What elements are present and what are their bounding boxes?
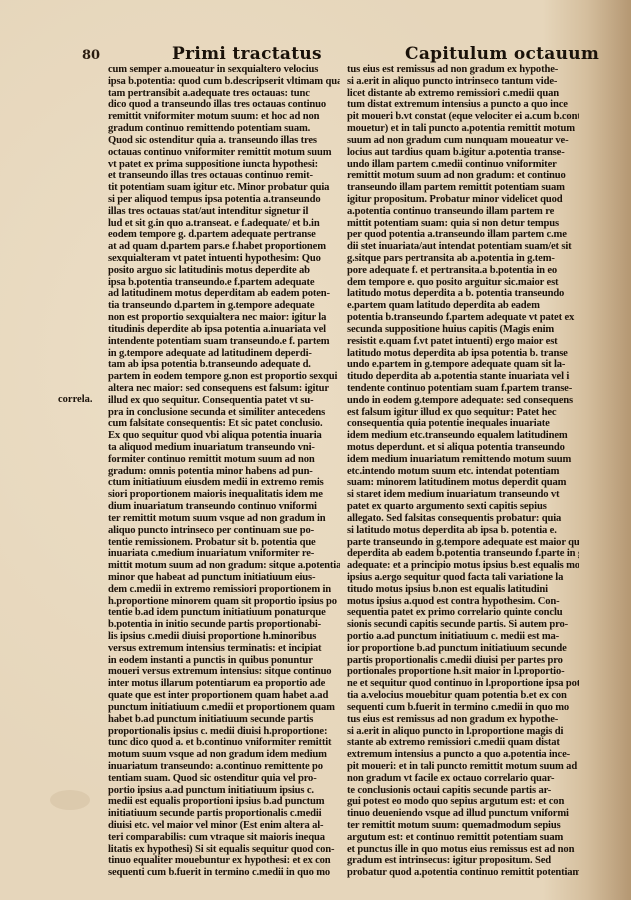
text-line: ctum initiatiuum eiusdem medii in extrem…: [108, 477, 340, 489]
text-line: ipsius a.ergo sequitur quod facta tali v…: [347, 572, 579, 584]
text-line: consequentia quia potentie inequales inu…: [347, 418, 579, 430]
text-line: partem in eodem tempore g.non est propor…: [108, 371, 340, 383]
text-line: siori proportionem maioris inequalitatis…: [108, 489, 340, 501]
text-line: non est proportio sexquialtera nec maior…: [108, 312, 340, 324]
text-line: teri comparabilis: cum vtraque sit maior…: [108, 832, 340, 844]
text-line: inuariatum transeundo: a.continuo remitt…: [108, 761, 340, 773]
text-line: dem tempore e. quo posito arguitur sic.m…: [347, 277, 579, 289]
text-line: latitudo motus deperdita ab ipsa potenti…: [347, 348, 579, 360]
text-line: vt patet ex prima suppositione iuncta hy…: [108, 159, 340, 171]
text-line: proportionalis ipsius c. medii diuisi h.…: [108, 726, 340, 738]
text-line: gradum: omnis potentia minor habens ad p…: [108, 466, 340, 478]
text-line: motus deperdunt. et si aliqua potentia t…: [347, 442, 579, 454]
text-line: gui potest eo modo quo sepius argutum es…: [347, 796, 579, 808]
text-line: pra in conclusione secunda et similiter …: [108, 407, 340, 419]
text-line: pit moueri: et in tali puncto remittit m…: [347, 761, 579, 773]
text-line: dico quod a transeundo illas tres octaua…: [108, 99, 340, 111]
text-line: ipsa b.potentia: quod cum b.descripserit…: [108, 76, 340, 88]
text-line: non gradum vt facile ex octauo correlari…: [347, 773, 579, 785]
text-line: titudo deperdita ab a.potentia stante in…: [347, 371, 579, 383]
text-line: Quod sic ostenditur quia a. transeundo i…: [108, 135, 340, 147]
text-line: suam: minorem latitudinem motus deperdit…: [347, 477, 579, 489]
text-line: adequate: et a principio motus ipsius b.…: [347, 560, 579, 572]
text-line: ta aliquod medium inuariatum transeundo …: [108, 442, 340, 454]
text-line: est falsum igitur illud ex quo sequitur:…: [347, 407, 579, 419]
text-line: moueri versus extremum intensius: sitque…: [108, 666, 340, 678]
text-line: tentiam suam. Quod sic ostenditur quia v…: [108, 773, 340, 785]
text-line: argutum est: et continuo remittit potent…: [347, 832, 579, 844]
text-line: g.sitque pars pertransita ab a.potentia …: [347, 253, 579, 265]
text-line: per quod potentia a.transeundo illam par…: [347, 229, 579, 241]
text-line: ne et sequitur quod continuo in l.propor…: [347, 678, 579, 690]
text-line: tit potentiam suam igitur etc. Minor pro…: [108, 182, 340, 194]
text-line: gradum continuo remittendo potentiam sua…: [108, 123, 340, 135]
text-line: tunc dico quod a. et b.continuo vniformi…: [108, 737, 340, 749]
page-number: 80: [82, 48, 100, 63]
text-line: tum distat extremum intensius a puncto a…: [347, 99, 579, 111]
text-line: potentia b.transeundo f.partem adequate …: [347, 312, 579, 324]
text-line: si a.erit in aliquo puncto in l.proporti…: [347, 726, 579, 738]
text-line: tam ab ipsa potentia b.transeundo adequa…: [108, 359, 340, 371]
text-line: motus ipsius a.quod est contra hypothesi…: [347, 596, 579, 608]
text-line: illas tres octauas stat/aut intenditur s…: [108, 206, 340, 218]
text-line: remittit motum suum ad non gradum: et co…: [347, 170, 579, 182]
text-line: suum ad non gradum cum nunquam moueatur …: [347, 135, 579, 147]
text-line: minor que habeat ad punctum initiatiuum …: [108, 572, 340, 584]
text-line: pit moueri b.vt constat (eque velociter …: [347, 111, 579, 123]
text-line: et punctus ille in quo motus eius remiss…: [347, 844, 579, 856]
text-line: in eodem instanti a punctis in quibus po…: [108, 655, 340, 667]
text-line: medii est equalis proportioni ipsius b.a…: [108, 796, 340, 808]
text-line: ipsa b.potentia transeundo.e f.partem ad…: [108, 277, 340, 289]
text-line: idem medium etc.transeundo equalem latit…: [347, 430, 579, 442]
text-line: si a.erit in aliquo puncto intrinseco ta…: [347, 76, 579, 88]
text-line: eodem tempore g. d.partem adequate pertr…: [108, 229, 340, 241]
text-line: tus eius est remissus ad non gradum ex h…: [347, 714, 579, 726]
text-line: cum falsitate consequentis: Et sic patet…: [108, 418, 340, 430]
text-line: tentie b.ad idem punctum initiatiuum pon…: [108, 607, 340, 619]
text-line: igitur propositum. Probatur minor videli…: [347, 194, 579, 206]
text-line: versus extremum intensius terminatis: et…: [108, 643, 340, 655]
text-line: extremum intensius a puncto a quo a.pote…: [347, 749, 579, 761]
text-line: formiter continuo remittit motum suum ad…: [108, 454, 340, 466]
text-line: undo e.partem in g.tempore adequate quam…: [347, 359, 579, 371]
text-line: secunda suppositione huius capitis (Magi…: [347, 324, 579, 336]
text-line: posito arguo sic latitudinis motus deper…: [108, 265, 340, 277]
text-line: initiatiuum secunde partis proportionali…: [108, 808, 340, 820]
text-line: tia a.velocius mouebitur quam potentia b…: [347, 690, 579, 702]
text-line: in g.tempore adequate ad latitudinem dep…: [108, 348, 340, 360]
text-line: punctum initiatiuum c.medii et proportio…: [108, 702, 340, 714]
text-line: ior proportione b.ad punctum initiatiuum…: [347, 643, 579, 655]
text-line: tus eius est remissus ad non gradum ex h…: [347, 64, 579, 76]
text-line: ad latitudinem motus deperditam ab eadem…: [108, 288, 340, 300]
text-line: probatur quod a.potentia continuo remitt…: [347, 867, 579, 879]
text-line: deperdita ab eadem b.potentia transeundo…: [347, 548, 579, 560]
text-line: allegato. Sed falsitas consequentis prob…: [347, 513, 579, 525]
text-line: mouetur) et in tali puncto a.potentia re…: [347, 123, 579, 135]
text-line: latitudo motus deperdita a b. potentia t…: [347, 288, 579, 300]
text-line: illud ex quo sequitur. Consequentia pate…: [108, 395, 340, 407]
text-line: intendente potentiam suam transeundo.e f…: [108, 336, 340, 348]
text-line: transeundo illam partem remittit potenti…: [347, 182, 579, 194]
book-page: 80 Primi tractatus Capitulum octauum cor…: [0, 0, 631, 900]
text-line: licet distante ab extremo remissiori c.m…: [347, 88, 579, 100]
text-line: b.potentia in initio secunde partis prop…: [108, 619, 340, 631]
marginal-note: correla.: [58, 394, 93, 405]
text-line: ter remittit motum suum: quemadmodum sep…: [347, 820, 579, 832]
text-line: inter motus illarum potentiarum ea propo…: [108, 678, 340, 690]
text-line: patet ex quarto argumento sexti capitis …: [347, 501, 579, 513]
text-line: sionis secundi capitis secunde partis. S…: [347, 619, 579, 631]
text-line: lud et sit g.in quo a.transeat. e f.adeq…: [108, 218, 340, 230]
text-column-right: tus eius est remissus ad non gradum ex h…: [347, 64, 579, 879]
text-line: tendente continuo potentiam suam f.parte…: [347, 383, 579, 395]
text-line: te conclusionis octaui capitis secunde p…: [347, 785, 579, 797]
text-line: si per aliquod tempus ipsa potentia a.tr…: [108, 194, 340, 206]
text-line: e.partem quam latitudo deperdita ab eade…: [347, 300, 579, 312]
text-line: sequenti cum b.fuerit in termino c.medii…: [108, 867, 340, 879]
text-line: pore adequate f. et pertransita.a b.pote…: [347, 265, 579, 277]
text-line: si staret idem medium inuariatum transeu…: [347, 489, 579, 501]
text-line: sexquialteram vt patet intuenti hypothes…: [108, 253, 340, 265]
text-line: cum semper a.moueatur in sexquialtero ve…: [108, 64, 340, 76]
text-line: tinuo deueniendo vsque ad illud punctum …: [347, 808, 579, 820]
text-line: inuariata c.medium inuariatum vniformite…: [108, 548, 340, 560]
text-line: partis proportionalis c.medii diuisi per…: [347, 655, 579, 667]
text-line: ter remittit motum suum vsque ad non gra…: [108, 513, 340, 525]
text-line: tam pertransibit a.adequate tres octauas…: [108, 88, 340, 100]
text-line: litatis ex hypothesi) Si sit equalis seq…: [108, 844, 340, 856]
text-line: quate que est inter proportionem quam ha…: [108, 690, 340, 702]
text-line: Ex quo sequitur quod vbi aliqua potentia…: [108, 430, 340, 442]
text-line: diuisi etc. vel maior vel minor (Est eni…: [108, 820, 340, 832]
text-line: titudo motus ipsius b.non est equalis la…: [347, 584, 579, 596]
text-column-left: cum semper a.moueatur in sexquialtero ve…: [108, 64, 340, 879]
text-line: lis ipsius c.medii diuisi proportione h.…: [108, 631, 340, 643]
text-line: portionales proportione h.sit maior in l…: [347, 666, 579, 678]
text-line: tia transeundo d.partem in g.tempore ade…: [108, 300, 340, 312]
text-line: habet b.ad punctum initiatiuum secunde p…: [108, 714, 340, 726]
text-line: altera nec maior: sed consequens est fal…: [108, 383, 340, 395]
text-line: dem c.medii in extremo remissiori propor…: [108, 584, 340, 596]
text-line: at ad quam d.partem pars.e f.habet propo…: [108, 241, 340, 253]
running-head-left: Primi tractatus: [172, 44, 322, 64]
text-line: undo illam partem c.medii continuo vnifo…: [347, 159, 579, 171]
text-line: undo in eodem g.tempore adequate: sed co…: [347, 395, 579, 407]
text-line: sequentia patet ex primo correlario quin…: [347, 607, 579, 619]
text-line: parte transeundo in g.tempore adequate e…: [347, 537, 579, 549]
text-line: dium inuariatum transeundo continuo vnif…: [108, 501, 340, 513]
text-line: et transeundo illas tres octauas continu…: [108, 170, 340, 182]
text-line: motum suum vsque ad non gradum idem medi…: [108, 749, 340, 761]
text-line: dii stet inuariata/aut intendat potentia…: [347, 241, 579, 253]
text-line: octauas continuo vniformiter remittit mo…: [108, 147, 340, 159]
text-line: stante ab extremo remissiori c.medii qua…: [347, 737, 579, 749]
text-line: locius aut tardius quam b.igitur a.poten…: [347, 147, 579, 159]
paper-stain: [50, 790, 90, 810]
text-line: titudinis deperdite ab ipsa potentia a.i…: [108, 324, 340, 336]
text-line: portio a.ad punctum initiatiuum c. medii…: [347, 631, 579, 643]
text-line: remittit vniformiter motum suum: et hoc …: [108, 111, 340, 123]
text-line: a.potentia continuo transeundo illam par…: [347, 206, 579, 218]
text-line: idem medium inuariatum remittendo motum …: [347, 454, 579, 466]
text-line: mittit potentiam suam: quia si non detur…: [347, 218, 579, 230]
running-head-right: Capitulum octauum: [405, 44, 599, 64]
text-line: resistit e.quam f.vt patet intuenti) erg…: [347, 336, 579, 348]
text-line: sequenti cum b.fuerit in termino c.medii…: [347, 702, 579, 714]
text-line: si latitudo motus deperdita ab ipsa b. p…: [347, 525, 579, 537]
text-line: gradum est intrinsecus: igitur propositu…: [347, 855, 579, 867]
text-line: tinuo equaliter mouebuntur ex hypothesi:…: [108, 855, 340, 867]
text-line: tentie remissionem. Probatur sit b. pote…: [108, 537, 340, 549]
text-line: etc.intendo motum suum etc. intendat pot…: [347, 466, 579, 478]
text-line: portio ipsius a.ad punctum initiatiuum i…: [108, 785, 340, 797]
text-line: h.proportione minorem quam sit proportio…: [108, 596, 340, 608]
text-line: mittit motum suum ad non gradum: sitque …: [108, 560, 340, 572]
text-line: aliquo puncto intrinseco per continuam s…: [108, 525, 340, 537]
